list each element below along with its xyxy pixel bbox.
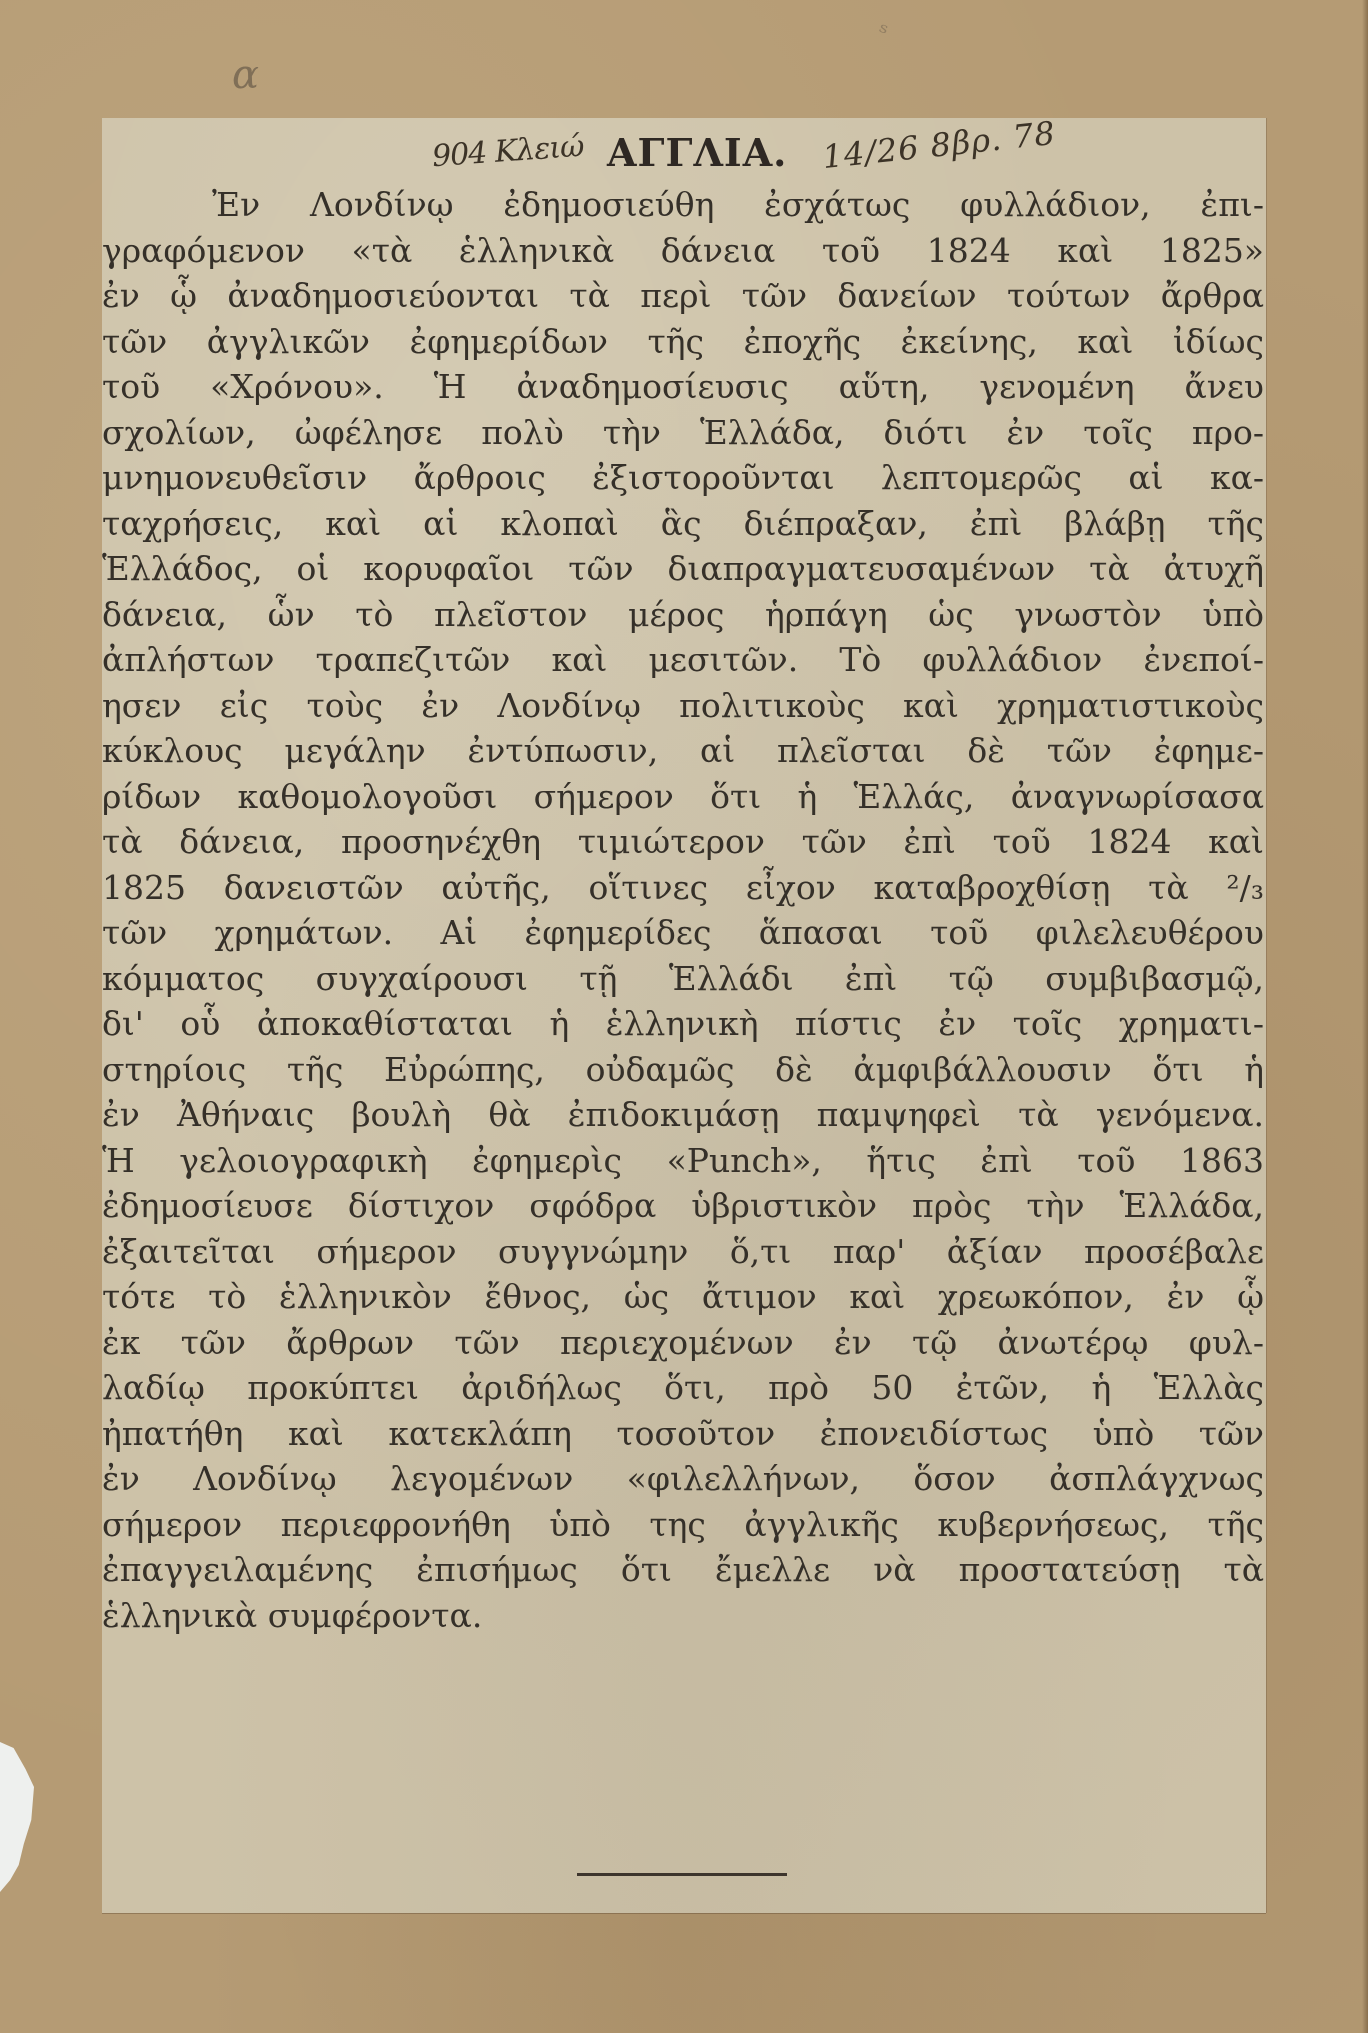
pencil-mark-alpha: α — [232, 52, 259, 98]
text-line: Ἑλλάδος, οἱ κορυφαῖοι τῶν διαπραγματευσα… — [102, 546, 1266, 592]
handwritten-annotation-date: 14/26 8βρ. 78 — [821, 114, 1058, 176]
text-line: κόμματος συγχαίρουσι τῇ Ἑλλάδι ἐπὶ τῷ συ… — [102, 956, 1266, 1002]
text-line: ἐν Λονδίνῳ λεγομένων «φιλελλήνων, ὅσον ἀ… — [102, 1456, 1266, 1502]
handwritten-annotation-source: 904 Κλειώ — [431, 129, 585, 174]
text-line: 1825 δανειστῶν αὐτῆς, οἵτινες εἶχον κατα… — [102, 865, 1266, 911]
text-line: ταχρήσεις, καὶ αἱ κλοπαὶ ἃς διέπραξαν, ἐ… — [102, 501, 1266, 547]
text-line: ἐδημοσίευσε δίστιχον σφόδρα ὑβριστικὸν π… — [102, 1183, 1266, 1229]
text-line: ἐκ τῶν ἄρθρων τῶν περιεχομένων ἐν τῷ ἀνω… — [102, 1320, 1266, 1366]
mount-right-edge — [1362, 0, 1368, 2033]
text-line: σήμερον περιεφρονήθη ὑπὸ της ἀγγλικῆς κυ… — [102, 1502, 1266, 1548]
article-title: ΑΓΓΛΙΑ. — [607, 130, 787, 175]
text-line: ησεν εἰς τοὺς ἐν Λονδίνῳ πολιτικοὺς καὶ … — [102, 683, 1266, 729]
section-divider-rule — [577, 1873, 787, 1876]
torn-paper-patch — [0, 1742, 34, 1892]
text-line: ἠπατήθη καὶ κατεκλάπη τοσοῦτον ἐπονειδίσ… — [102, 1411, 1266, 1457]
text-line: γραφόμενον «τὰ ἑλληνικὰ δάνεια τοῦ 1824 … — [102, 228, 1266, 274]
text-line: στηρίοις τῆς Εὐρώπης, οὐδαμῶς δὲ ἀμφιβάλ… — [102, 1047, 1266, 1093]
text-line: ἐξαιτεῖται σήμερον συγγνώμην ὅ,τι παρ' ἀ… — [102, 1229, 1266, 1275]
text-line: τότε τὸ ἑλληνικὸν ἔθνος, ὡς ἄτιμον καὶ χ… — [102, 1274, 1266, 1320]
text-line: δι' οὗ ἀποκαθίσταται ἡ ἑλληνικὴ πίστις ἐ… — [102, 1001, 1266, 1047]
text-line: τὰ δάνεια, προσηνέχθη τιμιώτερον τῶν ἐπὶ… — [102, 819, 1266, 865]
newspaper-clipping: 904 Κλειώ ΑΓΓΛΙΑ. 14/26 8βρ. 78 Ἐν Λονδί… — [102, 118, 1266, 1913]
text-line: σχολίων, ὠφέλησε πολὺ τὴν Ἑλλάδα, διότι … — [102, 410, 1266, 456]
pencil-mark-small: ˢ — [873, 17, 891, 48]
article-body: Ἐν Λονδίνῳ ἐδημοσιεύθη ἐσχάτως φυλλάδιον… — [102, 182, 1266, 1638]
text-line: μνημονευθεῖσιν ἄρθροις ἐξιστοροῦνται λεπ… — [102, 455, 1266, 501]
text-line: κύκλους μεγάλην ἐντύπωσιν, αἱ πλεῖσται δ… — [102, 728, 1266, 774]
text-line: τοῦ «Χρόνου». Ἡ ἀναδημοσίευσις αὕτη, γεν… — [102, 364, 1266, 410]
text-line: ἑλληνικὰ συμφέροντα. — [102, 1593, 1266, 1639]
text-line: ἐπαγγειλαμένης ἐπισήμως ὅτι ἔμελλε νὰ πρ… — [102, 1547, 1266, 1593]
text-line: τῶν χρημάτων. Αἱ ἐφημερίδες ἅπασαι τοῦ φ… — [102, 910, 1266, 956]
text-line: δάνεια, ὧν τὸ πλεῖστον μέρος ἡρπάγη ὡς γ… — [102, 592, 1266, 638]
text-line: ἀπλήστων τραπεζιτῶν καὶ μεσιτῶν. Τὸ φυλλ… — [102, 637, 1266, 683]
text-line: τῶν ἀγγλικῶν ἐφημερίδων τῆς ἐποχῆς ἐκείν… — [102, 319, 1266, 365]
text-line: ρίδων καθομολογοῦσι σήμερον ὅτι ἡ Ἑλλάς,… — [102, 774, 1266, 820]
text-line: ἐν Ἀθήναις βουλὴ θὰ ἐπιδοκιμάσῃ παμψηφεὶ… — [102, 1092, 1266, 1138]
text-line: λαδίῳ προκύπτει ἀριδήλως ὅτι, πρὸ 50 ἐτῶ… — [102, 1365, 1266, 1411]
text-line: ἐν ᾧ ἀναδημοσιεύονται τὰ περὶ τῶν δανείω… — [102, 273, 1266, 319]
clipping-header: 904 Κλειώ ΑΓΓΛΙΑ. 14/26 8βρ. 78 — [102, 124, 1266, 184]
text-line: Ἐν Λονδίνῳ ἐδημοσιεύθη ἐσχάτως φυλλάδιον… — [102, 182, 1266, 228]
text-line: Ἡ γελοιογραφικὴ ἐφημερὶς «Punch», ἥτις ἐ… — [102, 1138, 1266, 1184]
